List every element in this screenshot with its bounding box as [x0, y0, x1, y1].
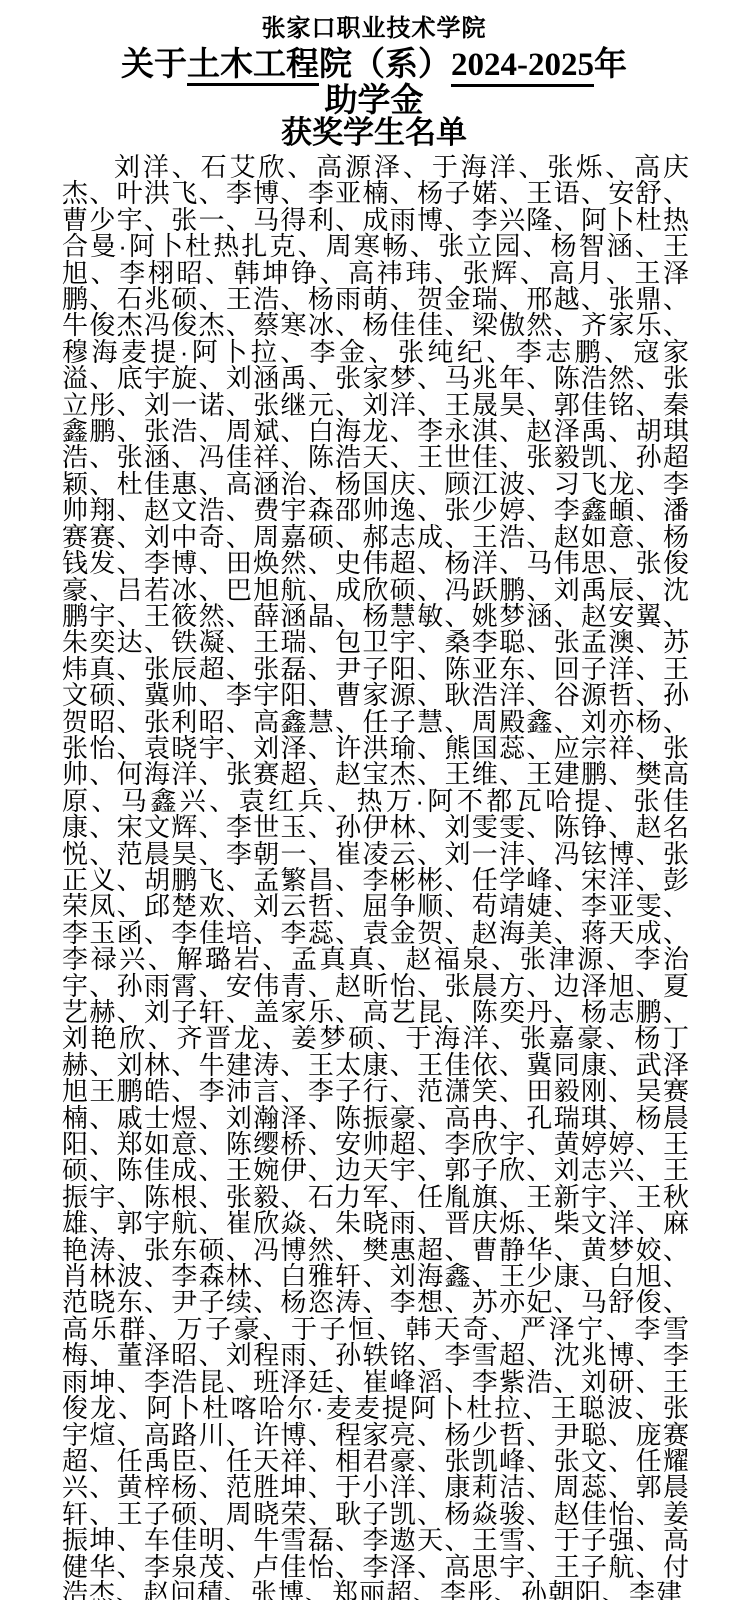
title-prefix: 关于 — [121, 45, 187, 82]
student-name-list: 刘洋、石艾欣、高源泽、于海洋、张烁、高庆杰、叶洪飞、李博、李亚楠、杨子婼、王语、… — [0, 154, 748, 1600]
title-suffix: 年 — [594, 45, 627, 82]
subtitle-award-list: 获奖学生名单 — [30, 117, 718, 149]
school-name: 张家口职业技术学院 — [0, 14, 748, 44]
title-department-underlined: 土木工程 — [187, 45, 319, 86]
title-academic-year-underlined: 2024-2025 — [451, 47, 594, 87]
title-mid: 院（系） — [319, 45, 451, 82]
document-page: 张家口职业技术学院 关于土木工程院（系）2024-2025年 助学金 获奖学生名… — [0, 0, 748, 1600]
document-title: 关于土木工程院（系）2024-2025年 — [30, 46, 718, 83]
subtitle-scholarship: 助学金 — [30, 83, 718, 117]
